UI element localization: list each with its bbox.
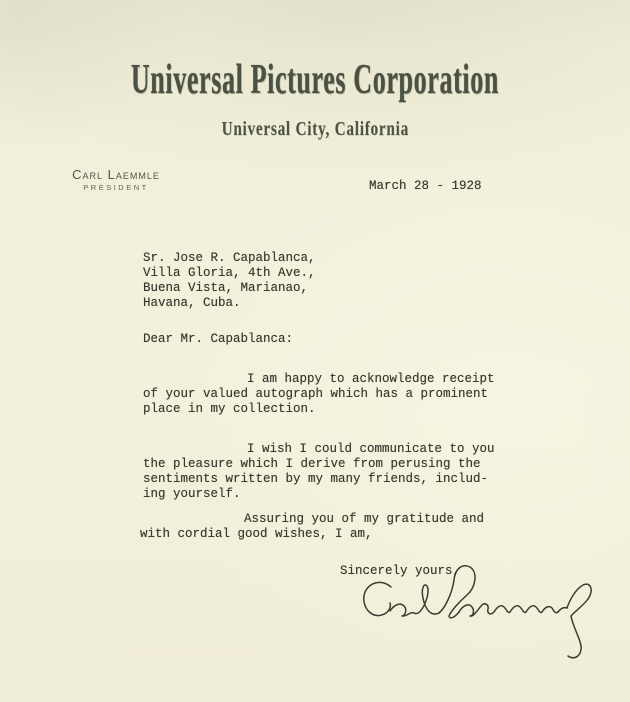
address-line: Buena Vista, Marianao, — [143, 281, 316, 296]
paragraph-line: sentiments written by my many friends, i… — [143, 472, 495, 487]
officer-title: President — [57, 184, 175, 192]
paragraph-line: the pleasure which I derive from perusin… — [143, 457, 495, 472]
paragraph-line: place in my collection. — [143, 402, 495, 417]
address-line: Villa Gloria, 4th Ave., — [143, 266, 316, 281]
paragraph: I am happy to acknowledge receipt of you… — [143, 372, 495, 417]
officer-name: Carl Laemmle — [57, 168, 175, 181]
signature-carl-laemmle — [0, 0, 630, 702]
recipient-address: Sr. Jose R. Capablanca, Villa Gloria, 4t… — [143, 251, 316, 311]
closing-phrase: Sincerely yours, — [340, 564, 460, 579]
letterhead-officer-block: Carl Laemmle President — [57, 168, 175, 192]
paragraph-line: I wish I could communicate to you — [143, 442, 495, 457]
paragraph-line: of your valued autograph which has a pro… — [143, 387, 495, 402]
address-line: Havana, Cuba. — [143, 296, 316, 311]
scanned-letter-page: Universal Pictures Corporation Universal… — [0, 0, 630, 702]
paragraph-line: I am happy to acknowledge receipt — [143, 372, 495, 387]
address-line: Sr. Jose R. Capablanca, — [143, 251, 316, 266]
paragraph-line: with cordial good wishes, I am, — [140, 527, 484, 542]
letter-date: March 28 - 1928 — [369, 179, 482, 194]
letterhead-location-line: Universal City, California — [0, 118, 630, 140]
letterhead-company-name: Universal Pictures Corporation — [131, 56, 499, 104]
salutation: Dear Mr. Capablanca: — [143, 332, 293, 347]
letterhead: Universal Pictures Corporation — [0, 56, 630, 104]
paragraph-line: Assuring you of my gratitude and — [140, 512, 484, 527]
letterhead-location: Universal City, California — [221, 118, 408, 140]
paragraph: Assuring you of my gratitude and with co… — [140, 512, 484, 542]
paragraph-line: ing yourself. — [143, 487, 495, 502]
paragraph: I wish I could communicate to you the pl… — [143, 442, 495, 502]
